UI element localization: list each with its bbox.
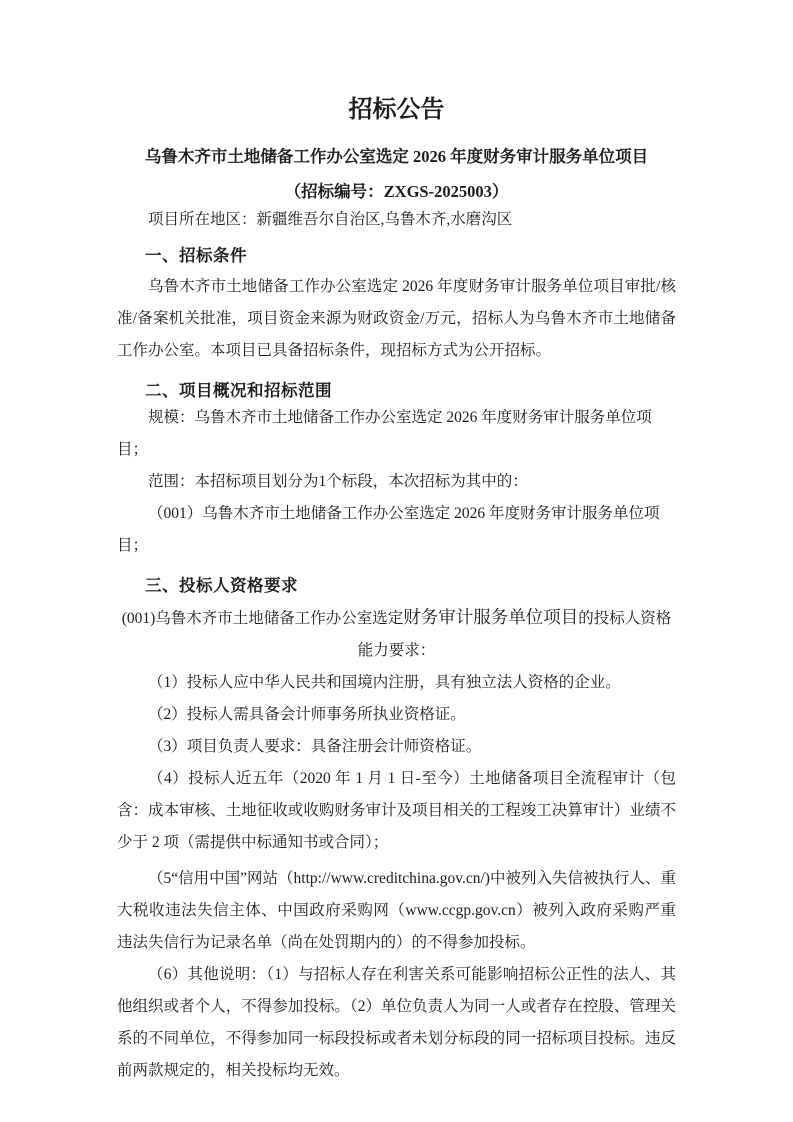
bid-number-line: （招标编号：ZXGS-2025003） bbox=[117, 180, 676, 204]
section-3-intro-emphasis: 财务审计服务单位项目 bbox=[403, 607, 578, 627]
section-1-heading: 一、招标条件 bbox=[117, 245, 676, 267]
section-2-scale-line: 规模：乌鲁木齐市土地储备工作办公室选定 2026 年度财务审计服务单位项目； bbox=[117, 402, 676, 466]
section-3-intro-prefix: (001)乌鲁木齐市土地储备工作办公室选定 bbox=[122, 610, 404, 627]
requirement-item-1: （1）投标人应中华人民共和国境内注册，具有独立法人资格的企业。 bbox=[117, 667, 676, 699]
requirement-item-2: （2）投标人需具备会计师事务所执业资格证。 bbox=[117, 699, 676, 731]
section-1-paragraph: 乌鲁木齐市土地储备工作办公室选定 2026 年度财务审计服务单位项目审批/核准/… bbox=[117, 271, 676, 367]
requirement-item-4: （4）投标人近五年（2020 年 1 月 1 日-至今）土地储备项目全流程审计（… bbox=[117, 763, 676, 859]
requirement-item-3: （3）项目负责人要求：具备注册会计师资格证。 bbox=[117, 731, 676, 763]
section-2-scope-line: 范围：本招标项目划分为1个标段，本次招标为其中的： bbox=[117, 466, 676, 498]
section-2-heading: 二、项目概况和招标范围 bbox=[117, 380, 676, 402]
requirement-item-5: （5“信用中国”网站（http://www.creditchina.gov.cn… bbox=[117, 863, 676, 959]
requirement-item-6: （6）其他说明：（1）与招标人存在利害关系可能影响招标公正性的法人、其他组织或者… bbox=[117, 959, 676, 1087]
project-subtitle: 乌鲁木齐市土地储备工作办公室选定 2026 年度财务审计服务单位项目 bbox=[117, 145, 676, 169]
document-page: 招标公告 乌鲁木齐市土地储备工作办公室选定 2026 年度财务审计服务单位项目 … bbox=[0, 0, 793, 1122]
page-title: 招标公告 bbox=[117, 95, 676, 125]
section-2-lot-line: （001）乌鲁木齐市土地储备工作办公室选定 2026 年度财务审计服务单位项目； bbox=[117, 498, 676, 562]
section-3-heading: 三、投标人资格要求 bbox=[117, 575, 676, 597]
section-3-intro: (001)乌鲁木齐市土地储备工作办公室选定财务审计服务单位项目的投标人资格能力要… bbox=[117, 601, 676, 667]
project-location-line: 项目所在地区：新疆维吾尔自治区,乌鲁木齐,水磨沟区 bbox=[117, 208, 676, 232]
